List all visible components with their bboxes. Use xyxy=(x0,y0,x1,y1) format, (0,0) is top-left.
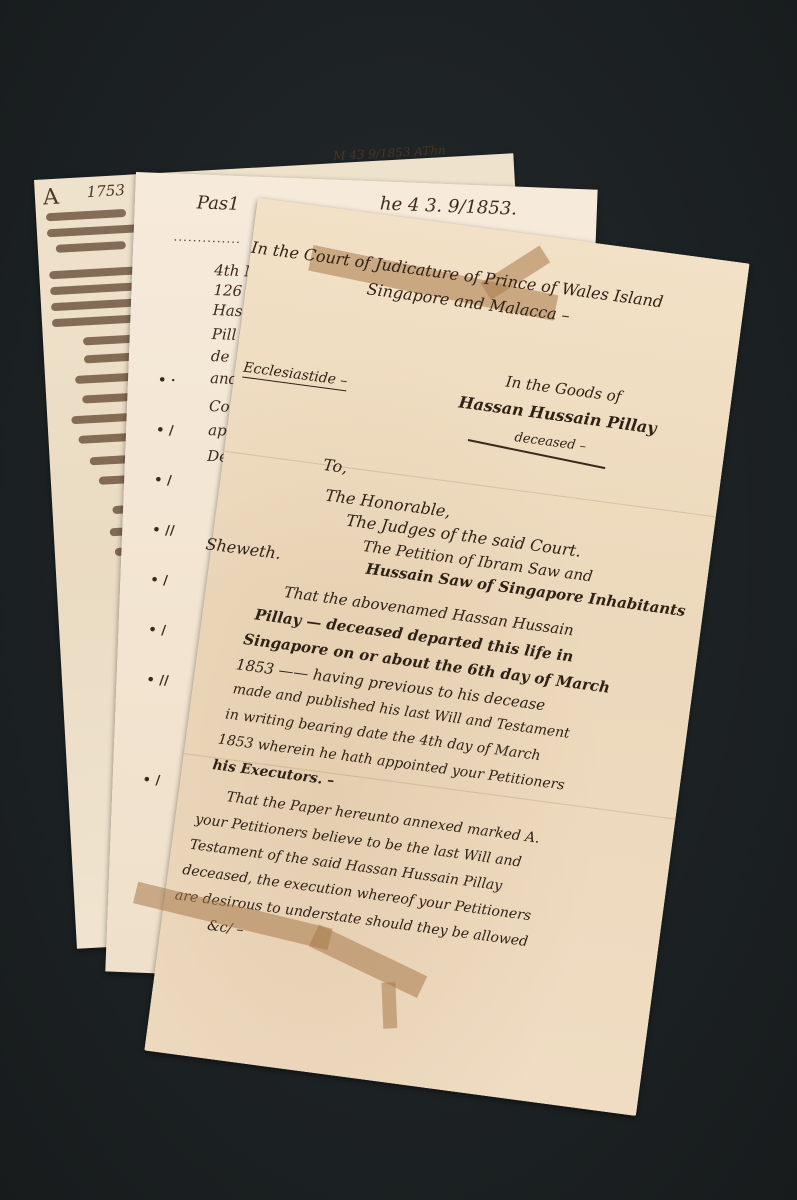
body-line: his Executors. – xyxy=(212,757,336,789)
ledger-dot: • · xyxy=(158,373,176,389)
script-line xyxy=(56,241,126,253)
ribbon-stain xyxy=(381,982,397,1029)
ledger-row: Has xyxy=(212,301,242,320)
ledger-dot: • / xyxy=(150,573,168,589)
ledger-dot: • / xyxy=(142,773,160,789)
ledger-row: Pill xyxy=(211,325,236,344)
ledger-row: de xyxy=(211,347,230,366)
sheweth-label: Sheweth. xyxy=(205,534,283,563)
ledger-dot: • / xyxy=(154,473,172,489)
ledger-dot: • // xyxy=(146,673,169,689)
ledger-row: Co xyxy=(209,397,230,416)
jurisdiction-label: Ecclesiastide – xyxy=(242,360,348,392)
ledger-row: ap xyxy=(208,421,227,440)
document-year: 1753 xyxy=(86,181,125,201)
ledger-dot: • / xyxy=(156,423,174,439)
ledger-heading: Pas1 xyxy=(196,192,240,215)
script-line xyxy=(51,298,139,311)
ribbon-stain xyxy=(309,925,428,998)
ledger-dot: • / xyxy=(148,623,166,639)
dotted-line: .............. xyxy=(173,229,241,246)
deceased-name: Hassan Hussain Pillay xyxy=(458,392,658,437)
script-line xyxy=(46,209,126,221)
exhibit-letter: A xyxy=(42,185,59,211)
ledger-dot: • // xyxy=(152,523,175,539)
ledger-date: he 4 3. 9/1853. xyxy=(380,193,518,219)
fold-crease xyxy=(224,451,716,518)
script-line xyxy=(47,224,139,237)
to-label: To, xyxy=(322,455,348,477)
